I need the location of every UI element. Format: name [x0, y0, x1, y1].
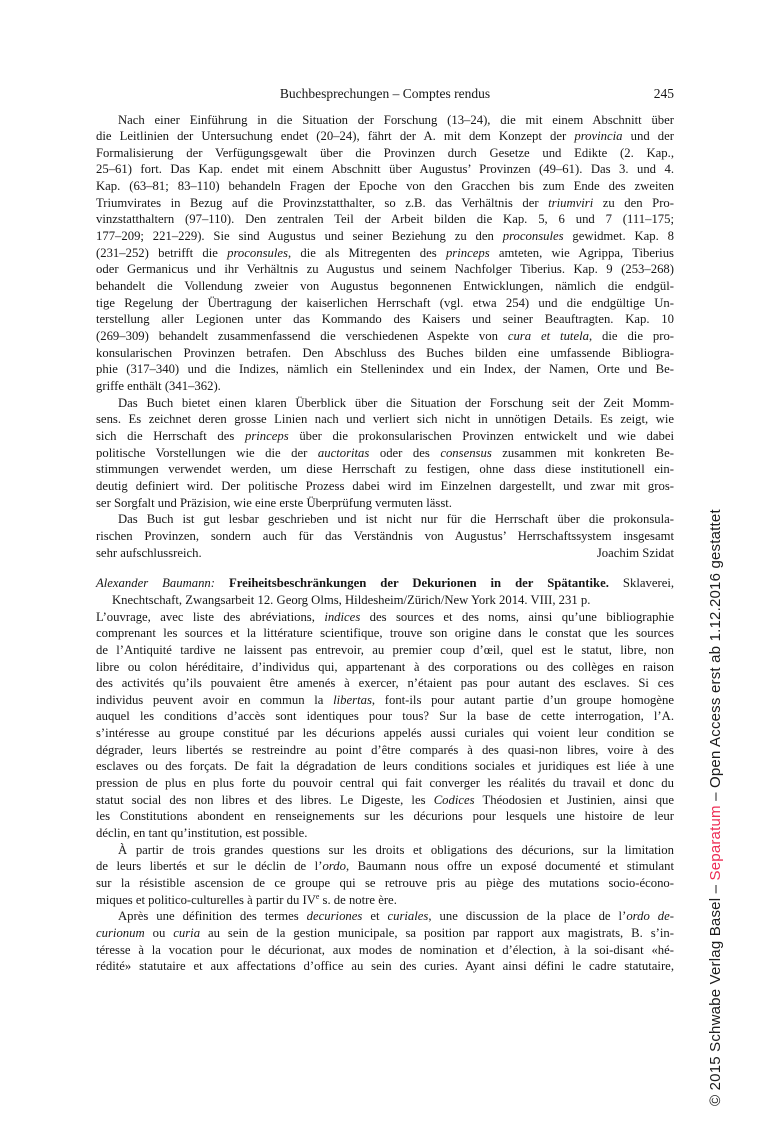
text-segment: Knechtschaft, Zwangsarbeit 12. Georg Olm… — [112, 593, 590, 607]
text-line: libre ou colon héréditaire, d’individus … — [96, 659, 674, 676]
text-segment: Formalisierung der Verfügungsgewalt über… — [96, 146, 674, 160]
text-segment: au sein de la gestion municipale, sa pos… — [200, 926, 674, 940]
text-line: Das Buch bietet einen klaren Überblick ü… — [96, 395, 674, 412]
text-line: 25–61) fort. Das Kap. endet mit einem Ab… — [96, 161, 674, 178]
text-segment: Après une définition des termes — [118, 909, 307, 923]
text-block: Buchbesprechungen – Comptes rendus 245 N… — [96, 86, 674, 975]
text-segment: sens. Es zeichnet deren grosse Linien na… — [96, 412, 674, 426]
text-segment: de leurs libertés et sur le déclin de l’ — [96, 859, 322, 873]
text-segment: esclaves ou des forçats. De fait la dégr… — [96, 759, 674, 773]
text-line: Das Buch ist gut lesbar geschrieben und … — [96, 511, 674, 528]
text-segment: oder Germanicus und ihr Verhältnis zu Au… — [96, 262, 674, 276]
text-line: politische Vorstellungen wie die der auc… — [96, 445, 674, 462]
text-segment: , Baumann nous offre un exposé documenté… — [346, 859, 674, 873]
text-segment: s’intéresse au groupe constitué par les … — [96, 726, 674, 740]
text-segment: statut social des non libres et des libr… — [96, 793, 434, 807]
text-segment: les Constitutions abondent en renseignem… — [96, 809, 674, 823]
text-line: dégrader, leurs libertés se restreindre … — [96, 742, 674, 759]
text-line: téresse à la vocation pour le décurionat… — [96, 942, 674, 959]
text-segment: stimmungen verwendet werden, um diese He… — [96, 462, 674, 476]
text-line: terstellung aller Legionen unter das Kom… — [96, 311, 674, 328]
text-line: sur la résistible ascension de ce groupe… — [96, 875, 674, 892]
text-line: curionum ou curia au sein de la gestion … — [96, 925, 674, 942]
text-line: deutig definiert wird. Der politische Pr… — [96, 478, 674, 495]
text-line: konsularischen Provinzen betrafen. Den A… — [96, 345, 674, 362]
text-line: s’intéresse au groupe constitué par les … — [96, 725, 674, 742]
text-segment: ou — [145, 926, 174, 940]
text-line: sich die Herrschaft des princeps über di… — [96, 428, 674, 445]
text-segment: , die als Mitregenten des — [288, 246, 446, 260]
copyright-sidebar: © 2015 Schwabe Verlag Basel – Separatum … — [707, 480, 730, 1106]
text-line: rischen Provinzen, sondern auch für das … — [96, 528, 674, 545]
text-segment: Das Buch ist gut lesbar geschrieben und … — [118, 512, 674, 526]
text-segment: sehr aufschlussreich. — [96, 546, 202, 560]
text-segment: rédité» statutaire et aux affectations d… — [96, 959, 674, 973]
text-segment-i: triumviri — [548, 196, 593, 210]
text-line: rédité» statutaire et aux affectations d… — [96, 958, 674, 975]
text-segment: Théodosien et Justinien, ainsi que — [475, 793, 674, 807]
text-segment: (231–252) betrifft die — [96, 246, 227, 260]
page-header: Buchbesprechungen – Comptes rendus 245 — [96, 86, 674, 103]
text-segment: miques et politico-culturelles à partir … — [96, 893, 316, 907]
text-line: behandelt die Vollendung zweier von Augu… — [96, 278, 674, 295]
text-segment: über die prokonsularischen Provinzen ent… — [289, 429, 674, 443]
text-segment: sur la résistible ascension de ce groupe… — [96, 876, 674, 890]
text-segment: Sklaverei, — [609, 576, 674, 590]
text-segment-i: indices — [324, 610, 360, 624]
separatum-label: Separatum — [707, 805, 724, 880]
text-segment-i: curiales — [387, 909, 428, 923]
text-segment: et — [362, 909, 387, 923]
text-segment-i: princeps — [446, 246, 490, 260]
text-line: déclin, en tant qu’institution, est poss… — [96, 825, 674, 842]
text-segment: sich die Herrschaft des — [96, 429, 245, 443]
text-segment: behandelt die Vollendung zweier von Augu… — [96, 279, 674, 293]
text-line: Après une définition des termes decurion… — [96, 908, 674, 925]
signature-line: sehr aufschlussreich.Joachim Szidat — [96, 545, 674, 562]
text-line: Knechtschaft, Zwangsarbeit 12. Georg Olm… — [96, 592, 674, 609]
text-segment: griffe enthält (341–362). — [96, 379, 221, 393]
text-line: comprenant les sources et la littérature… — [96, 625, 674, 642]
reviewer-signature: Joachim Szidat — [597, 545, 674, 562]
text-segment: s. de notre ère. — [319, 893, 397, 907]
text-segment: comprenant les sources et la littérature… — [96, 626, 674, 640]
text-line: Triumvirates in Bezug auf die Provinzsta… — [96, 195, 674, 212]
text-segment-i: libertas — [333, 693, 372, 707]
text-line: Alexander Baumann: Freiheitsbeschränkung… — [96, 575, 674, 592]
text-segment: Das Buch bietet einen klaren Überblick ü… — [118, 396, 674, 410]
text-segment: gewidmet. Kap. 8 — [564, 229, 674, 243]
text-segment: Triumvirates in Bezug auf die Provinzsta… — [96, 196, 548, 210]
text-segment-i: decuriones — [307, 909, 363, 923]
text-line: miques et politico-culturelles à partir … — [96, 892, 674, 909]
text-line: ser Sorgfalt und Präzision, wie eine ers… — [96, 495, 674, 512]
text-line: individus peuvent avoir en commun la lib… — [96, 692, 674, 709]
text-segment: individus peuvent avoir en commun la — [96, 693, 333, 707]
text-segment: und der — [623, 129, 674, 143]
text-segment-i: consensus — [440, 446, 491, 460]
text-segment: déclin, en tant qu’institution, est poss… — [96, 826, 307, 840]
text-line: (231–252) betrifft die proconsules, die … — [96, 245, 674, 262]
text-segment-i: proconsules — [503, 229, 564, 243]
text-segment: amteten, wie Agrippa, Tiberius — [490, 246, 674, 260]
text-segment: rischen Provinzen, sondern auch für das … — [96, 529, 674, 543]
text-segment: de l’Antiquité tardive ne laissent pas e… — [96, 643, 674, 657]
text-segment: des activités qu’ils pouvaient être amen… — [96, 676, 674, 690]
text-segment: politische Vorstellungen wie die der — [96, 446, 318, 460]
text-segment: deutig definiert wird. Der politische Pr… — [96, 479, 674, 493]
text-line: esclaves ou des forçats. De fait la dégr… — [96, 758, 674, 775]
text-segment-i: curia — [173, 926, 200, 940]
text-line: de l’Antiquité tardive ne laissent pas e… — [96, 642, 674, 659]
copyright-text-before: © 2015 Schwabe Verlag Basel – — [707, 880, 724, 1106]
text-segment-b: Freiheitsbeschränkungen der Dekurionen i… — [229, 576, 609, 590]
text-line: auquel les conditions d’accès sont ident… — [96, 708, 674, 725]
text-segment: phie (317–340) und die Indizes, nämlich … — [96, 362, 674, 376]
text-line: les Constitutions abondent en renseignem… — [96, 808, 674, 825]
text-segment: (269–309) behandelt zusammenfassend die … — [96, 329, 508, 343]
text-segment: 177–209; 221–229). Sie sind Augustus und… — [96, 229, 503, 243]
text-segment: auquel les conditions d’accès sont ident… — [96, 709, 674, 723]
text-segment: des sources et des noms, ainsi qu’une bi… — [360, 610, 674, 624]
text-segment: À partir de trois grandes questions sur … — [118, 843, 674, 857]
text-line: griffe enthält (341–362). — [96, 378, 674, 395]
text-segment: vinzstatthaltern (97–110). Den zentralen… — [96, 212, 674, 226]
text-segment-i: curionum — [96, 926, 145, 940]
text-segment: 25–61) fort. Das Kap. endet mit einem Ab… — [96, 162, 674, 176]
text-segment: die Leitlinien der Untersuchung endet (2… — [96, 129, 574, 143]
running-title: Buchbesprechungen – Comptes rendus — [280, 86, 490, 101]
text-segment: pression de plus en plus forte du pouvoi… — [96, 776, 674, 790]
text-segment: Nach einer Einführung in die Situation d… — [118, 113, 674, 127]
text-segment: ser Sorgfalt und Präzision, wie eine ers… — [96, 496, 452, 510]
text-line: die Leitlinien der Untersuchung endet (2… — [96, 128, 674, 145]
text-line: pression de plus en plus forte du pouvoi… — [96, 775, 674, 792]
text-line: phie (317–340) und die Indizes, nämlich … — [96, 361, 674, 378]
text-segment-i: ordo — [322, 859, 346, 873]
text-segment: , die die pro- — [589, 329, 674, 343]
text-line: 177–209; 221–229). Sie sind Augustus und… — [96, 228, 674, 245]
text-segment-i: Alexander Baumann: — [96, 576, 215, 590]
page-body: Nach einer Einführung in die Situation d… — [96, 112, 674, 975]
text-line: vinzstatthaltern (97–110). Den zentralen… — [96, 211, 674, 228]
text-segment: oder des — [369, 446, 440, 460]
text-line: de leurs libertés et sur le déclin de l’… — [96, 858, 674, 875]
text-segment-i: proconsules — [227, 246, 288, 260]
text-segment — [215, 576, 229, 590]
text-line: (269–309) behandelt zusammenfassend die … — [96, 328, 674, 345]
text-segment: konsularischen Provinzen betrafen. Den A… — [96, 346, 674, 360]
text-line: tige Regelung der Übertragung der kaiser… — [96, 295, 674, 312]
text-line: des activités qu’ils pouvaient être amen… — [96, 675, 674, 692]
text-segment-i: cura et tutela — [508, 329, 589, 343]
text-line: Kap. (63–81; 83–110) behandeln Fragen de… — [96, 178, 674, 195]
text-line: sens. Es zeichnet deren grosse Linien na… — [96, 411, 674, 428]
text-segment-i: Codices — [434, 793, 475, 807]
text-line: statut social des non libres et des libr… — [96, 792, 674, 809]
text-segment: dégrader, leurs libertés se restreindre … — [96, 743, 674, 757]
review-szidat-continuation: Nach einer Einführung in die Situation d… — [96, 112, 674, 562]
text-segment: zusammen mit konkreten Be- — [492, 446, 674, 460]
text-segment: Kap. (63–81; 83–110) behandeln Fragen de… — [96, 179, 674, 193]
text-segment: , font-ils pour autant partie d’un group… — [372, 693, 674, 707]
text-segment: téresse à la vocation pour le décurionat… — [96, 943, 674, 957]
text-segment-i: ordo de- — [626, 909, 674, 923]
text-line: Nach einer Einführung in die Situation d… — [96, 112, 674, 129]
text-line: Formalisierung der Verfügungsgewalt über… — [96, 145, 674, 162]
page-number: 245 — [654, 86, 674, 103]
copyright-text-after: – Open Access erst ab 1.12.2016 gestatte… — [707, 509, 724, 801]
journal-page: Buchbesprechungen – Comptes rendus 245 N… — [0, 0, 770, 1131]
text-line: À partir de trois grandes questions sur … — [96, 842, 674, 859]
text-segment: terstellung aller Legionen unter das Kom… — [96, 312, 674, 326]
text-segment: sehr aufschlussreich. — [96, 545, 202, 562]
text-segment: zu den Pro- — [593, 196, 674, 210]
text-line: L’ouvrage, avec liste des abréviations, … — [96, 609, 674, 626]
review-heading: Alexander Baumann: Freiheitsbeschränkung… — [96, 575, 674, 608]
text-segment: tige Regelung der Übertragung der kaiser… — [96, 296, 674, 310]
text-line: stimmungen verwendet werden, um diese He… — [96, 461, 674, 478]
text-segment: libre ou colon héréditaire, d’individus … — [96, 660, 674, 674]
review-baumann: Alexander Baumann: Freiheitsbeschränkung… — [96, 575, 674, 975]
text-segment-i: provincia — [574, 129, 622, 143]
text-segment: L’ouvrage, avec liste des abréviations, — [96, 610, 324, 624]
text-segment: , une discussion de la place de l’ — [428, 909, 626, 923]
text-line: oder Germanicus und ihr Verhältnis zu Au… — [96, 261, 674, 278]
text-segment-i: auctoritas — [318, 446, 369, 460]
text-segment-i: princeps — [245, 429, 289, 443]
